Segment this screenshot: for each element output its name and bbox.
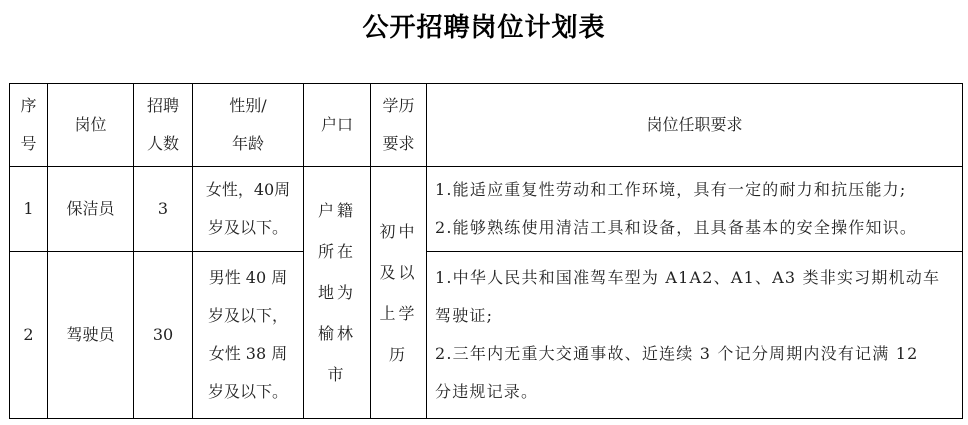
education-line: 上学 [371,293,426,334]
header-education-line2: 要求 [371,125,426,163]
header-gender-age-line1: 性别/ [193,87,303,125]
cell-seq: 1 [10,167,48,252]
cell-gender-age: 女性，40周 岁及以下。 [193,167,304,252]
gender-age-line: 女性，40周 [193,171,303,209]
cell-position: 驾驶员 [48,252,134,419]
cell-education-merged: 初中 及以 上学 历 [371,167,427,419]
header-gender-age: 性别/ 年龄 [193,84,304,167]
requirement-line: 1.能适应重复性劳动和工作环境，具有一定的耐力和抗压能力; [435,171,954,209]
cell-requirements: 1.能适应重复性劳动和工作环境，具有一定的耐力和抗压能力; 2.能够熟练使用清洁… [427,167,963,252]
header-seq-line2: 号 [10,125,47,163]
hukou-line: 榆林 [304,313,370,354]
requirement-line: 2.三年内无重大交通事故、近连续 3 个记分周期内没有记满 12 [435,335,954,373]
gender-age-line: 岁及以下， [193,297,303,335]
table-header-row: 序 号 岗位 招聘 人数 性别/ 年龄 户口 学历 要求 岗位任职要求 [10,84,963,167]
table-row: 1 保洁员 3 女性，40周 岁及以下。 户籍 所在 地为 榆林 市 初中 及以… [10,167,963,252]
table-row: 2 驾驶员 30 男性 40 周 岁及以下， 女性 38 周 岁及以下。 1.中… [10,252,963,419]
header-gender-age-line2: 年龄 [193,125,303,163]
cell-requirements: 1.中华人民共和国准驾车型为 A1A2、A1、A3 类非实习期机动车 驾驶证; … [427,252,963,419]
education-line: 初中 [371,211,426,252]
hukou-line: 地为 [304,272,370,313]
requirement-line: 驾驶证; [435,297,954,335]
header-seq-line1: 序 [10,87,47,125]
header-position: 岗位 [48,84,134,167]
header-seq: 序 号 [10,84,48,167]
gender-age-line: 男性 40 周 [193,259,303,297]
requirement-line: 1.中华人民共和国准驾车型为 A1A2、A1、A3 类非实习期机动车 [435,259,954,297]
cell-position: 保洁员 [48,167,134,252]
cell-count: 3 [134,167,193,252]
cell-hukou-merged: 户籍 所在 地为 榆林 市 [304,167,371,419]
header-count-line1: 招聘 [134,87,192,125]
gender-age-line: 岁及以下。 [193,209,303,247]
header-count-line2: 人数 [134,125,192,163]
hukou-line: 所在 [304,231,370,272]
header-education-line1: 学历 [371,87,426,125]
header-requirements: 岗位任职要求 [427,84,963,167]
gender-age-line: 岁及以下。 [193,373,303,411]
education-line: 历 [371,334,426,375]
gender-age-line: 女性 38 周 [193,335,303,373]
header-hukou: 户口 [304,84,371,167]
header-education: 学历 要求 [371,84,427,167]
hukou-line: 户籍 [304,190,370,231]
cell-count: 30 [134,252,193,419]
recruitment-plan-table: 序 号 岗位 招聘 人数 性别/ 年龄 户口 学历 要求 岗位任职要求 1 保洁… [9,83,963,419]
requirement-line: 分违规记录。 [435,373,954,411]
header-count: 招聘 人数 [134,84,193,167]
cell-seq: 2 [10,252,48,419]
page-title: 公开招聘岗位计划表 [0,8,968,48]
education-line: 及以 [371,252,426,293]
hukou-line: 市 [304,354,370,395]
requirement-line: 2.能够熟练使用清洁工具和设备，且具备基本的安全操作知识。 [435,209,954,247]
cell-gender-age: 男性 40 周 岁及以下， 女性 38 周 岁及以下。 [193,252,304,419]
